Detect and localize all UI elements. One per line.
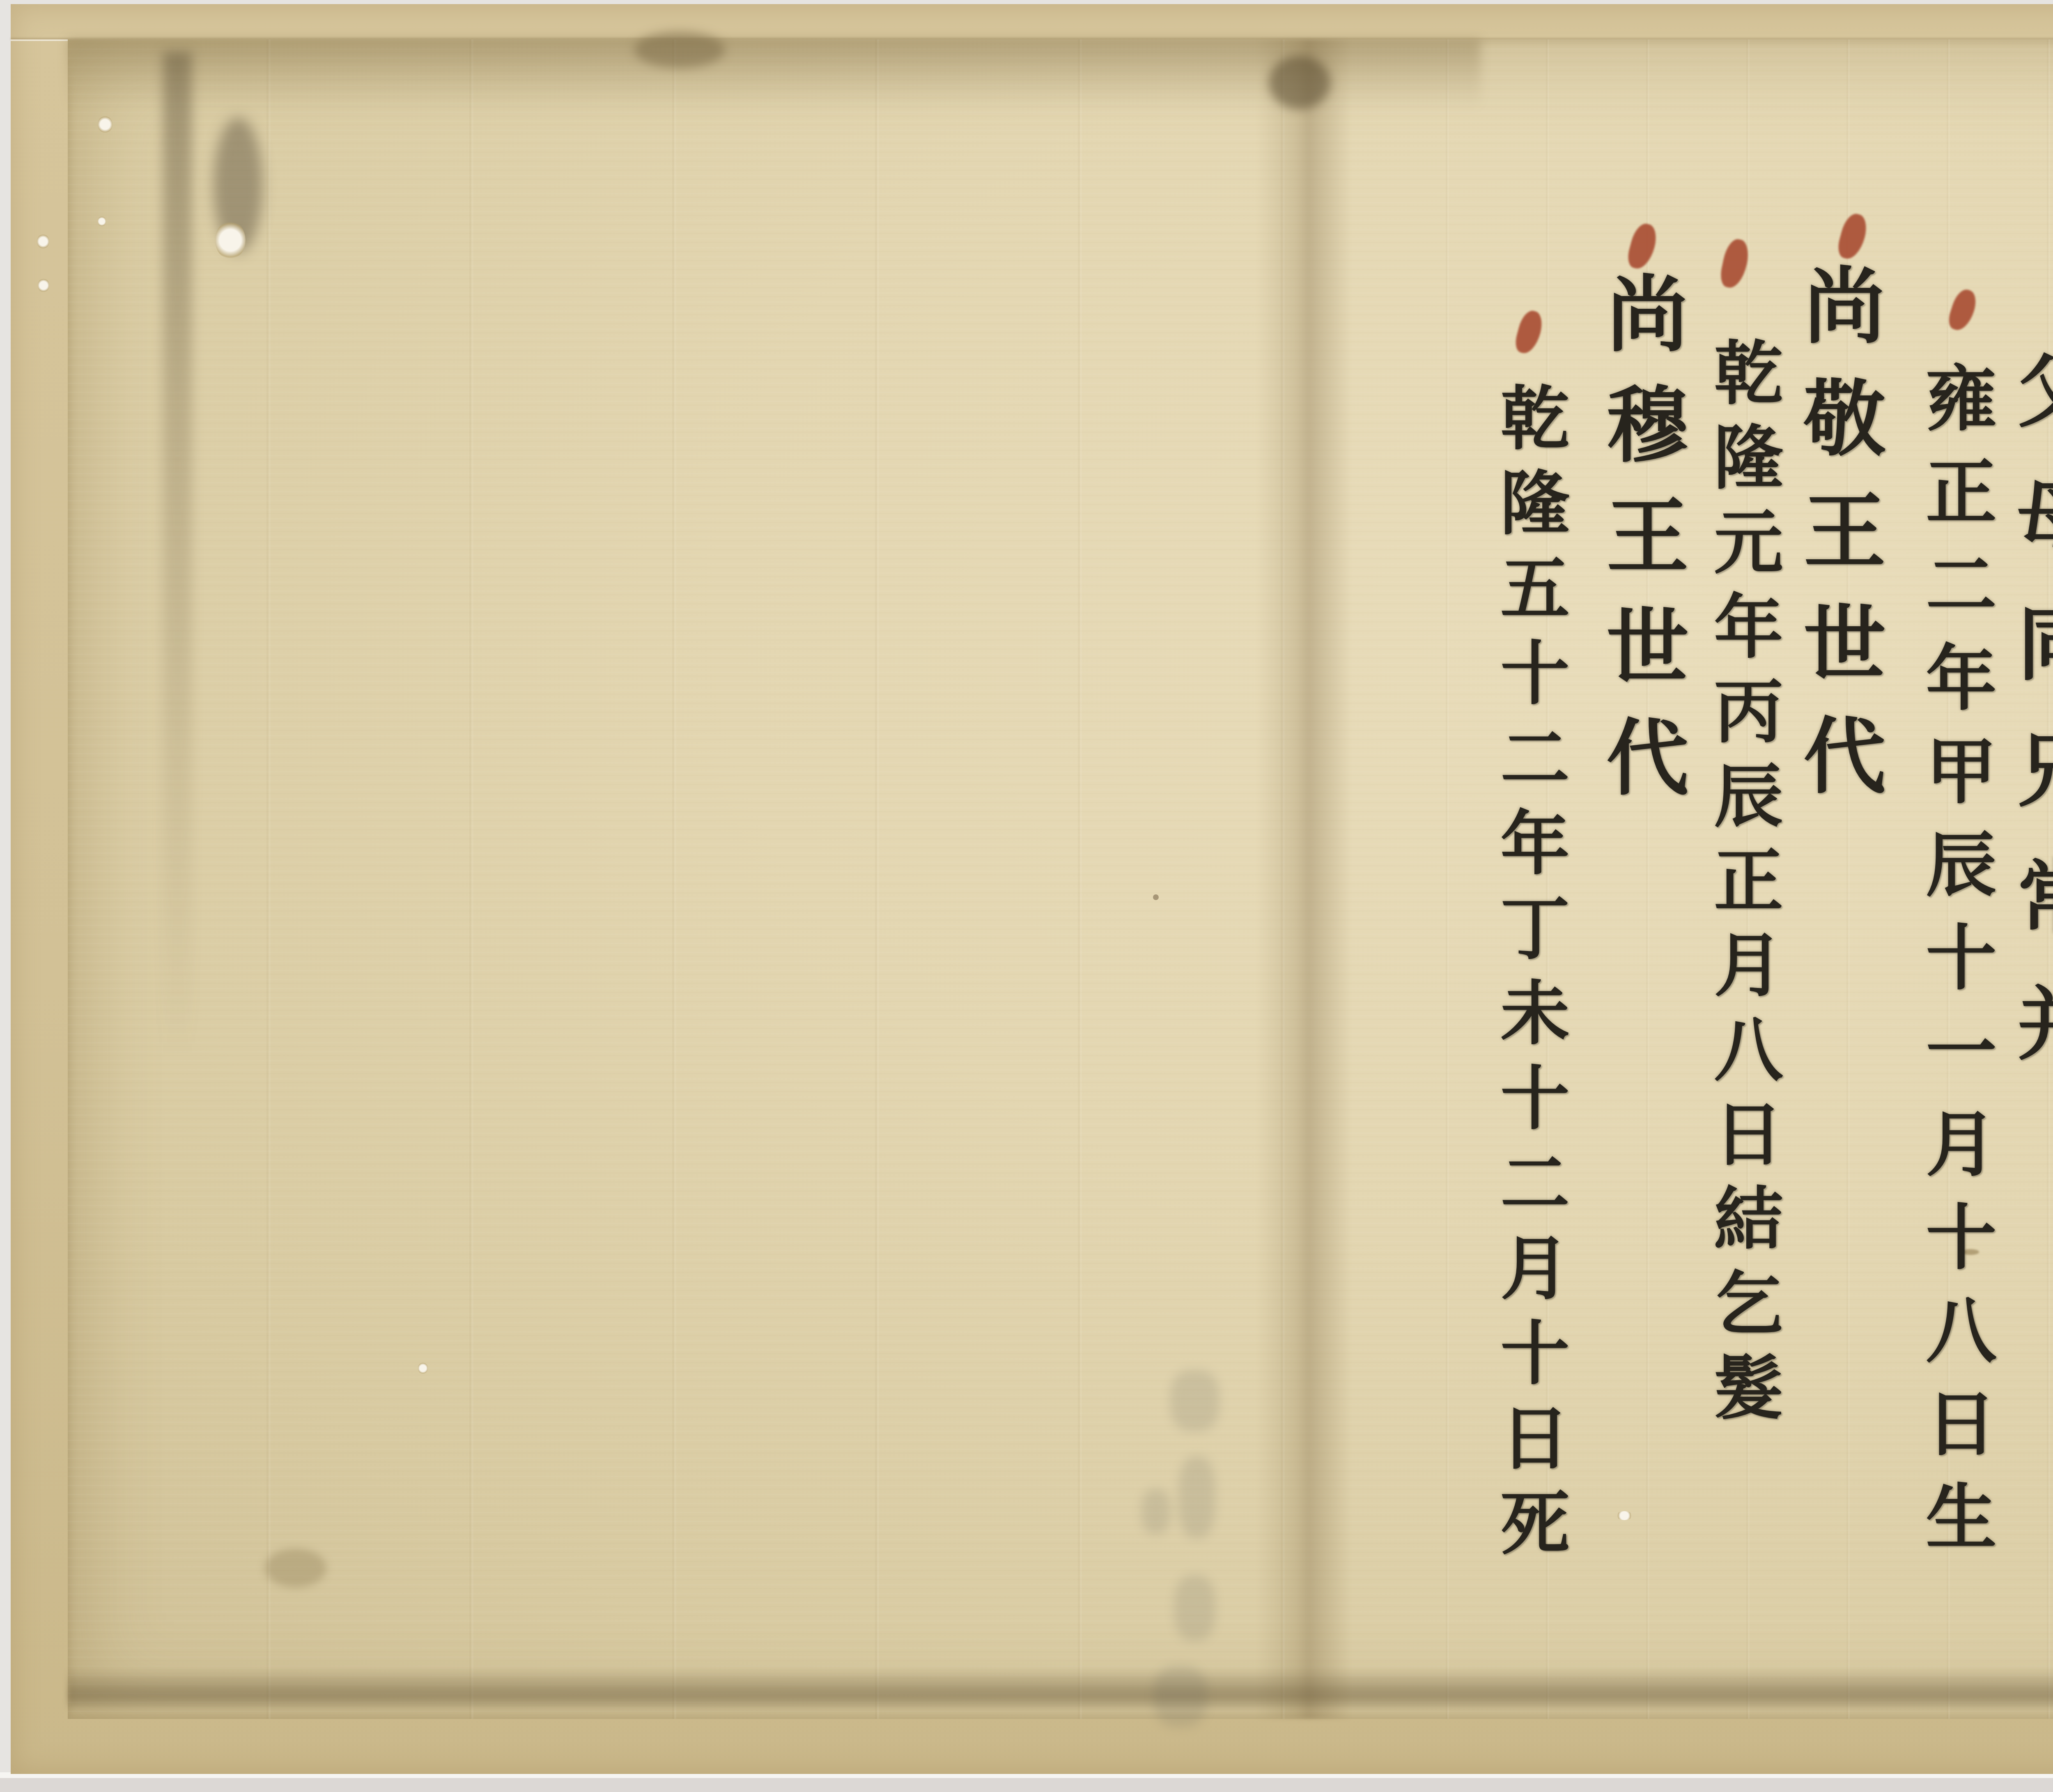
worm-hole	[37, 234, 49, 249]
paper-flaw-white	[215, 221, 246, 260]
text-column-birth-date: 雍正二年甲辰十一月十八日生	[1920, 361, 1991, 1573]
worm-hole	[98, 116, 113, 133]
paper-flaw-white	[1616, 1511, 1633, 1520]
paper-speck	[1153, 894, 1159, 900]
text-column-reign-shoboku: 尚穆王世代	[1599, 271, 1681, 825]
text-column-reign-shokei: 尚敬王世代	[1796, 263, 1878, 825]
text-column-parents: 父母同兄常并	[2011, 349, 2053, 1108]
scanned-document: 多良間尒也常言 童名山戸 父母同兄常并 雍正二年甲辰十一月十八日生 尚敬王世代 …	[0, 0, 2053, 1792]
text-column-death-date: 乾隆五十二年丁未十二月十日死	[1495, 382, 1564, 1572]
text-column-hair-binding: 乾隆元年丙辰正月八日結乞髮	[1709, 337, 1777, 1436]
paper-flaw-white	[418, 1362, 428, 1374]
center-fold-gutter	[1256, 39, 1351, 1719]
worm-hole	[38, 278, 49, 292]
worm-hole	[98, 216, 106, 227]
ink-bleedthrough	[1117, 1353, 1252, 1748]
